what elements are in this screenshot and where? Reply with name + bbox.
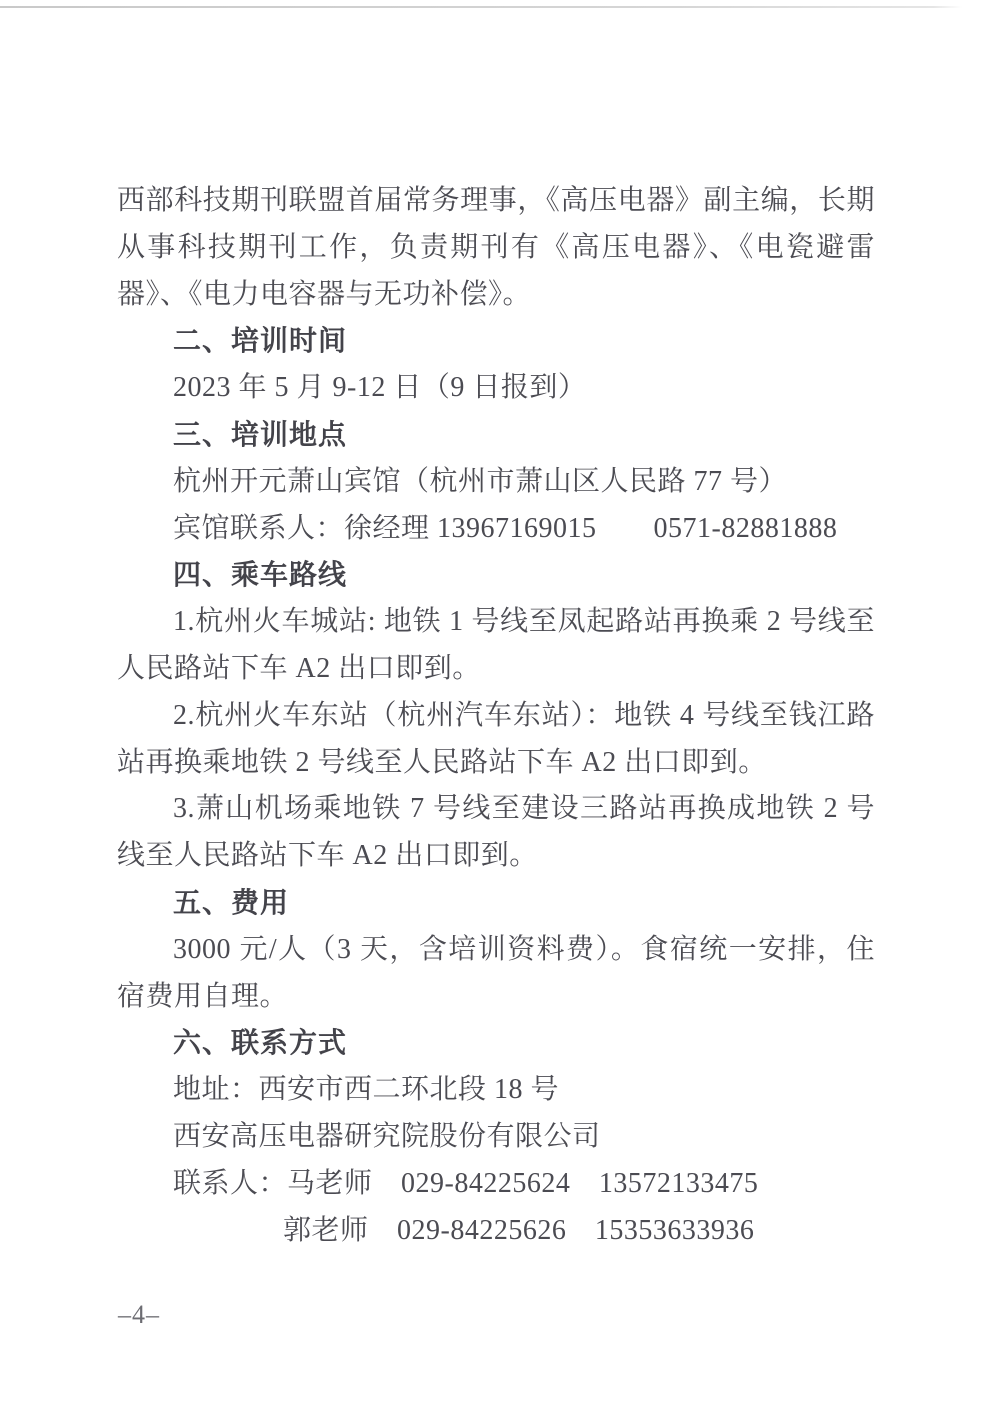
training-location-value: 杭州开元萧山宾馆（杭州市萧山区人民路 77 号） [117,459,875,506]
intro-paragraph: 西部科技期刊联盟首届常务理事，《高压电器》副主编，长期从事科技期刊工作，负责期刊… [117,178,875,318]
heading-transport-routes: 四、乘车路线 [117,552,875,599]
scan-edge-artifact-line [0,6,962,8]
organizer-name-line: 西安高压电器研究院股份有限公司 [117,1114,875,1161]
page-number: –4– [118,1300,160,1330]
route-2-line: 2.杭州火车东站（杭州汽车东站）：地铁 4 号线至钱江路站再换乘地铁 2 号线至… [117,693,875,787]
training-time-value: 2023 年 5 月 9-12 日（9 日报到） [117,365,875,412]
heading-contact-info: 六、联系方式 [117,1020,875,1067]
route-1-line: 1.杭州火车城站: 地铁 1 号线至凤起路站再换乘 2 号线至人民路站下车 A2… [117,599,875,693]
heading-fees: 五、费用 [117,880,875,927]
contact-address-line: 地址：西安市西二环北段 18 号 [117,1067,875,1114]
fees-value: 3000 元/人（3 天，含培训资料费）。食宿统一安排，住宿费用自理。 [117,927,875,1021]
contact-person-line-2: 郭老师 029-84225626 15353633936 [117,1208,875,1255]
document-body: 西部科技期刊联盟首届常务理事，《高压电器》副主编，长期从事科技期刊工作，负责期刊… [117,178,875,1254]
document-page: 西部科技期刊联盟首届常务理事，《高压电器》副主编，长期从事科技期刊工作，负责期刊… [0,0,993,1404]
heading-training-location: 三、培训地点 [117,412,875,459]
route-3-line: 3.萧山机场乘地铁 7 号线至建设三路站再换成地铁 2 号线至人民路站下车 A2… [117,786,875,880]
heading-training-time: 二、培训时间 [117,318,875,365]
hotel-contact-line: 宾馆联系人：徐经理 13967169015 0571-82881888 [117,506,875,553]
contact-person-line-1: 联系人：马老师 029-84225624 13572133475 [117,1161,875,1208]
